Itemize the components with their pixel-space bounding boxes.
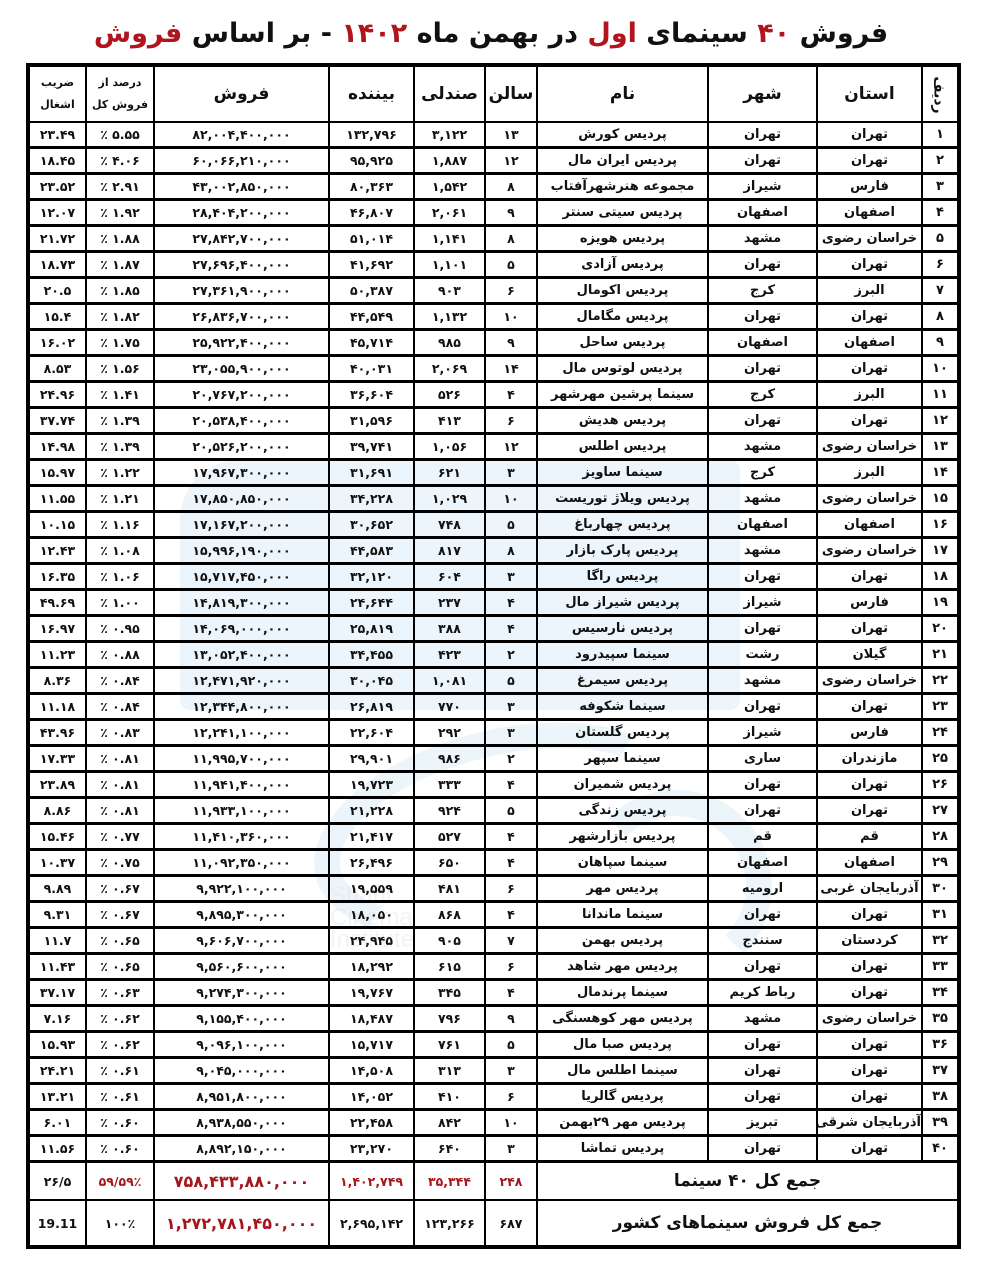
header-city: شهر (708, 65, 817, 122)
occupancy-cell: ۱۳.۲۱ (28, 1084, 86, 1110)
name-cell: پردیس مهر (537, 876, 708, 902)
sales-cell: ۱۷,۹۶۷,۳۰۰,۰۰۰ (154, 460, 329, 486)
seats-cell: ۶۲۱ (414, 460, 485, 486)
province-cell: تهران (817, 772, 922, 798)
rank-cell: ۱۶ (922, 512, 959, 538)
viewers-cell: ۲۴,۶۴۴ (329, 590, 414, 616)
city-cell: تهران (708, 304, 817, 330)
percent-cell: ۰.۶۵ ٪ (86, 928, 154, 954)
table-row: ۱۰تهرانتهرانپردیس لوتوس مال۱۴۲,۰۶۹۴۰,۰۳۱… (28, 356, 959, 382)
province-cell: آذربایجان شرقی (817, 1110, 922, 1136)
sales-cell: ۱۵,۷۱۷,۴۵۰,۰۰۰ (154, 564, 329, 590)
totals-top40-row: جمع کل ۴۰ سینما ۲۴۸ ۳۵,۳۴۴ ۱,۴۰۲,۷۴۹ ۷۵۸… (28, 1162, 959, 1201)
seats-cell: ۶۰۴ (414, 564, 485, 590)
city-cell: اصفهان (708, 512, 817, 538)
seats-cell: ۱,۱۰۱ (414, 252, 485, 278)
province-cell: تهران (817, 148, 922, 174)
title-count: ۴۰ (757, 18, 790, 49)
viewers-cell: ۱۹,۷۶۷ (329, 980, 414, 1006)
sales-cell: ۹,۱۵۵,۴۰۰,۰۰۰ (154, 1006, 329, 1032)
totals-country-percent: ۱۰۰٪ (86, 1200, 154, 1247)
occupancy-cell: ۱۱.۵۶ (28, 1136, 86, 1162)
sales-cell: ۱۱,۴۱۰,۳۶۰,۰۰۰ (154, 824, 329, 850)
name-cell: پردیس شیراز مال (537, 590, 708, 616)
table-row: ۳۴تهرانرباط کریمسینما پرندمال۴۳۴۵۱۹,۷۶۷۹… (28, 980, 959, 1006)
totals-country-viewers: ۲,۶۹۵,۱۴۲ (329, 1200, 414, 1247)
occupancy-cell: ۱۸.۴۵ (28, 148, 86, 174)
name-cell: سینما سپاهان (537, 850, 708, 876)
viewers-cell: ۳۶,۶۰۴ (329, 382, 414, 408)
occupancy-cell: ۲۳.۸۹ (28, 772, 86, 798)
halls-cell: ۳ (485, 720, 537, 746)
header-viewers: بیننده (329, 65, 414, 122)
percent-cell: ۱.۳۹ ٪ (86, 434, 154, 460)
table-row: ۶تهرانتهرانپردیس آزادی۵۱,۱۰۱۴۱,۶۹۲۲۷,۶۹۶… (28, 252, 959, 278)
percent-cell: ۱.۴۱ ٪ (86, 382, 154, 408)
percent-cell: ۰.۶۵ ٪ (86, 954, 154, 980)
percent-cell: ۰.۸۱ ٪ (86, 798, 154, 824)
city-cell: تهران (708, 1058, 817, 1084)
viewers-cell: ۲۳,۲۷۰ (329, 1136, 414, 1162)
title-highlight-first: اول (587, 18, 636, 49)
occupancy-cell: ۱۶.۹۷ (28, 616, 86, 642)
halls-cell: ۵ (485, 798, 537, 824)
percent-cell: ۱.۸۷ ٪ (86, 252, 154, 278)
name-cell: پردیس گلستان (537, 720, 708, 746)
page-title: فروش ۴۰ سینمای اول در بهمن ماه ۱۴۰۲ - بر… (0, 18, 982, 49)
occupancy-cell: ۱۰.۱۵ (28, 512, 86, 538)
name-cell: پردیس نارسیس (537, 616, 708, 642)
header-occupancy: ضریباشغال (28, 65, 86, 122)
seats-cell: ۲۳۷ (414, 590, 485, 616)
city-cell: مشهد (708, 538, 817, 564)
occupancy-cell: ۱۱.۵۵ (28, 486, 86, 512)
viewers-cell: ۵۱,۰۱۴ (329, 226, 414, 252)
viewers-cell: ۱۸,۴۸۷ (329, 1006, 414, 1032)
city-cell: تهران (708, 1084, 817, 1110)
title-text: در بهمن ماه (407, 18, 587, 49)
table-row: ۲۹اصفهاناصفهانسینما سپاهان۴۶۵۰۲۶,۴۹۶۱۱,۰… (28, 850, 959, 876)
header-percent: درصد ازفروش کل (86, 65, 154, 122)
halls-cell: ۶ (485, 408, 537, 434)
province-cell: کردستان (817, 928, 922, 954)
name-cell: پردیس کورش (537, 122, 708, 148)
city-cell: مشهد (708, 226, 817, 252)
header-name: نام (537, 65, 708, 122)
name-cell: پردیس بهمن (537, 928, 708, 954)
city-cell: شیراز (708, 174, 817, 200)
province-cell: خراسان رضوی (817, 486, 922, 512)
viewers-cell: ۸۰,۳۶۳ (329, 174, 414, 200)
province-cell: تهران (817, 902, 922, 928)
percent-cell: ۰.۸۴ ٪ (86, 668, 154, 694)
city-cell: تهران (708, 1136, 817, 1162)
sales-cell: ۹,۵۶۰,۶۰۰,۰۰۰ (154, 954, 329, 980)
totals-country-seats: ۱۲۳,۲۶۶ (414, 1200, 485, 1247)
table-row: ۳۹آذربایجان شرقیتبریزپردیس مهر ۲۹بهمن۱۰۸… (28, 1110, 959, 1136)
city-cell: ساری (708, 746, 817, 772)
seats-cell: ۹۸۶ (414, 746, 485, 772)
table-row: ۱۶اصفهاناصفهانپردیس چهارباغ۵۷۴۸۳۰,۶۵۲۱۷,… (28, 512, 959, 538)
province-cell: خراسان رضوی (817, 668, 922, 694)
seats-cell: ۷۴۸ (414, 512, 485, 538)
halls-cell: ۴ (485, 382, 537, 408)
sales-cell: ۹,۶۰۶,۷۰۰,۰۰۰ (154, 928, 329, 954)
sales-cell: ۱۱,۹۴۱,۴۰۰,۰۰۰ (154, 772, 329, 798)
rank-cell: ۲۰ (922, 616, 959, 642)
table-row: ۵خراسان رضویمشهدپردیس هویزه۸۱,۱۴۱۵۱,۰۱۴۲… (28, 226, 959, 252)
occupancy-cell: ۹.۳۱ (28, 902, 86, 928)
title-highlight-sales: فروش (94, 18, 183, 49)
halls-cell: ۱۴ (485, 356, 537, 382)
occupancy-cell: ۱۸.۷۳ (28, 252, 86, 278)
city-cell: تهران (708, 122, 817, 148)
rank-cell: ۷ (922, 278, 959, 304)
seats-cell: ۶۴۰ (414, 1136, 485, 1162)
rank-cell: ۱۲ (922, 408, 959, 434)
percent-cell: ۱.۲۱ ٪ (86, 486, 154, 512)
sales-cell: ۲۷,۳۶۱,۹۰۰,۰۰۰ (154, 278, 329, 304)
rank-cell: ۶ (922, 252, 959, 278)
sales-cell: ۲۳,۰۵۵,۹۰۰,۰۰۰ (154, 356, 329, 382)
sales-cell: ۸۲,۰۰۴,۴۰۰,۰۰۰ (154, 122, 329, 148)
seats-cell: ۳۳۳ (414, 772, 485, 798)
percent-cell: ۱.۰۸ ٪ (86, 538, 154, 564)
rank-cell: ۳۰ (922, 876, 959, 902)
rank-cell: ۱۷ (922, 538, 959, 564)
name-cell: سینما پرشین مهرشهر (537, 382, 708, 408)
province-cell: گیلان (817, 642, 922, 668)
occupancy-cell: ۴۹.۶۹ (28, 590, 86, 616)
rank-cell: ۱۹ (922, 590, 959, 616)
city-cell: تهران (708, 148, 817, 174)
name-cell: پردیس ویلاژ توریست (537, 486, 708, 512)
seats-cell: ۳۱۳ (414, 1058, 485, 1084)
table-row: ۱۴البرزکرجسینما ساویز۳۶۲۱۳۱,۶۹۱۱۷,۹۶۷,۳۰… (28, 460, 959, 486)
province-cell: مازندران (817, 746, 922, 772)
header-halls: سالن (485, 65, 537, 122)
occupancy-cell: ۲۱.۷۲ (28, 226, 86, 252)
city-cell: تهران (708, 902, 817, 928)
sales-cell: ۱۱,۰۹۲,۳۵۰,۰۰۰ (154, 850, 329, 876)
viewers-cell: ۲۶,۸۱۹ (329, 694, 414, 720)
rank-cell: ۱۳ (922, 434, 959, 460)
sales-cell: ۲۰,۵۳۸,۴۰۰,۰۰۰ (154, 408, 329, 434)
viewers-cell: ۲۲,۶۰۴ (329, 720, 414, 746)
viewers-cell: ۳۴,۲۲۸ (329, 486, 414, 512)
seats-cell: ۹۸۵ (414, 330, 485, 356)
rank-cell: ۱۱ (922, 382, 959, 408)
city-cell: تهران (708, 1032, 817, 1058)
name-cell: پردیس صبا مال (537, 1032, 708, 1058)
percent-cell: ۰.۶۲ ٪ (86, 1032, 154, 1058)
occupancy-cell: ۶.۰۱ (28, 1110, 86, 1136)
sales-table: ردیف استان شهر نام سالن صندلی بیننده فرو… (26, 63, 961, 1249)
title-year: ۱۴۰۲ (341, 18, 407, 49)
rank-cell: ۲۶ (922, 772, 959, 798)
title-text: فروش (790, 18, 888, 49)
name-cell: سینما پرندمال (537, 980, 708, 1006)
viewers-cell: ۲۱,۴۱۷ (329, 824, 414, 850)
halls-cell: ۴ (485, 824, 537, 850)
rank-cell: ۳۵ (922, 1006, 959, 1032)
province-cell: خراسان رضوی (817, 538, 922, 564)
viewers-cell: ۲۵,۸۱۹ (329, 616, 414, 642)
city-cell: کرج (708, 382, 817, 408)
province-cell: تهران (817, 122, 922, 148)
province-cell: تهران (817, 304, 922, 330)
table-row: ۴۰تهرانتهرانپردیس تماشا۳۶۴۰۲۳,۲۷۰۸,۸۹۲,۱… (28, 1136, 959, 1162)
percent-cell: ۰.۶۲ ٪ (86, 1006, 154, 1032)
name-cell: پردیس شمیران (537, 772, 708, 798)
city-cell: اصفهان (708, 850, 817, 876)
seats-cell: ۷۷۰ (414, 694, 485, 720)
percent-cell: ۰.۷۵ ٪ (86, 850, 154, 876)
province-cell: اصفهان (817, 330, 922, 356)
sales-cell: ۸,۸۹۲,۱۵۰,۰۰۰ (154, 1136, 329, 1162)
sales-cell: ۱۳,۰۵۲,۴۰۰,۰۰۰ (154, 642, 329, 668)
percent-cell: ۱.۲۲ ٪ (86, 460, 154, 486)
name-cell: سینما ماندانا (537, 902, 708, 928)
occupancy-cell: ۲۴.۲۱ (28, 1058, 86, 1084)
viewers-cell: ۱۵,۷۱۷ (329, 1032, 414, 1058)
province-cell: فارس (817, 174, 922, 200)
totals-country-label: جمع کل فروش سینماهای کشور (537, 1200, 959, 1247)
occupancy-cell: ۱۶.۳۵ (28, 564, 86, 590)
seats-cell: ۱,۵۴۲ (414, 174, 485, 200)
occupancy-cell: ۹.۸۹ (28, 876, 86, 902)
table-row: ۳۳تهرانتهرانپردیس مهر شاهد۶۶۱۵۱۸,۲۹۲۹,۵۶… (28, 954, 959, 980)
header-row: ردیف استان شهر نام سالن صندلی بیننده فرو… (28, 65, 959, 122)
rank-cell: ۲۷ (922, 798, 959, 824)
occupancy-cell: ۱۲.۴۳ (28, 538, 86, 564)
rank-cell: ۱ (922, 122, 959, 148)
halls-cell: ۳ (485, 564, 537, 590)
name-cell: پردیس لوتوس مال (537, 356, 708, 382)
percent-cell: ۱.۹۲ ٪ (86, 200, 154, 226)
city-cell: تهران (708, 252, 817, 278)
percent-cell: ۰.۹۵ ٪ (86, 616, 154, 642)
occupancy-cell: ۱۵.۴۶ (28, 824, 86, 850)
seats-cell: ۲,۰۶۱ (414, 200, 485, 226)
rank-cell: ۲۵ (922, 746, 959, 772)
city-cell: رشت (708, 642, 817, 668)
occupancy-cell: ۱۵.۹۳ (28, 1032, 86, 1058)
city-cell: اصفهان (708, 200, 817, 226)
province-cell: البرز (817, 382, 922, 408)
sales-cell: ۸,۹۵۱,۸۰۰,۰۰۰ (154, 1084, 329, 1110)
table-row: ۲۲خراسان رضویمشهدپردیس سیمرغ۵۱,۰۸۱۳۰,۰۴۵… (28, 668, 959, 694)
table-row: ۱۱البرزکرجسینما پرشین مهرشهر۴۵۲۶۳۶,۶۰۴۲۰… (28, 382, 959, 408)
halls-cell: ۳ (485, 1136, 537, 1162)
name-cell: پردیس هدیش (537, 408, 708, 434)
occupancy-cell: ۷.۱۶ (28, 1006, 86, 1032)
seats-cell: ۴۸۱ (414, 876, 485, 902)
city-cell: تهران (708, 356, 817, 382)
seats-cell: ۱,۱۳۲ (414, 304, 485, 330)
table-row: ۳۵خراسان رضویمشهدپردیس مهر کوهسنگی۹۷۹۶۱۸… (28, 1006, 959, 1032)
rank-cell: ۳۷ (922, 1058, 959, 1084)
rank-cell: ۱۸ (922, 564, 959, 590)
name-cell: پردیس ایران مال (537, 148, 708, 174)
name-cell: پردیس ساحل (537, 330, 708, 356)
totals-top40-label: جمع کل ۴۰ سینما (537, 1162, 959, 1201)
city-cell: کرج (708, 278, 817, 304)
name-cell: پردیس بازارشهر (537, 824, 708, 850)
sales-cell: ۴۳,۰۰۲,۸۵۰,۰۰۰ (154, 174, 329, 200)
halls-cell: ۴ (485, 616, 537, 642)
sales-cell: ۲۵,۹۲۲,۴۰۰,۰۰۰ (154, 330, 329, 356)
viewers-cell: ۱۴,۵۰۸ (329, 1058, 414, 1084)
percent-cell: ۰.۶۱ ٪ (86, 1084, 154, 1110)
seats-cell: ۲,۰۶۹ (414, 356, 485, 382)
table-row: ۸تهرانتهرانپردیس مگامال۱۰۱,۱۳۲۴۴,۵۴۹۲۶,۸… (28, 304, 959, 330)
city-cell: مشهد (708, 1006, 817, 1032)
name-cell: پردیس چهارباغ (537, 512, 708, 538)
occupancy-cell: ۳۷.۷۴ (28, 408, 86, 434)
seats-cell: ۵۲۶ (414, 382, 485, 408)
halls-cell: ۱۰ (485, 1110, 537, 1136)
seats-cell: ۷۹۶ (414, 1006, 485, 1032)
province-cell: اصفهان (817, 850, 922, 876)
percent-cell: ۱.۵۶ ٪ (86, 356, 154, 382)
seats-cell: ۳۴۵ (414, 980, 485, 1006)
header-seats: صندلی (414, 65, 485, 122)
rank-cell: ۳۴ (922, 980, 959, 1006)
province-cell: تهران (817, 1084, 922, 1110)
table-row: ۴اصفهاناصفهانپردیس سیتی سنتر۹۲,۰۶۱۴۶,۸۰۷… (28, 200, 959, 226)
viewers-cell: ۲۲,۴۵۸ (329, 1110, 414, 1136)
city-cell: تهران (708, 694, 817, 720)
seats-cell: ۳,۱۲۲ (414, 122, 485, 148)
province-cell: البرز (817, 278, 922, 304)
province-cell: تهران (817, 252, 922, 278)
occupancy-cell: ۴۳.۹۶ (28, 720, 86, 746)
table-row: ۳۷تهرانتهرانسینما اطلس مال۳۳۱۳۱۴,۵۰۸۹,۰۴… (28, 1058, 959, 1084)
occupancy-cell: ۱۵.۹۷ (28, 460, 86, 486)
rank-cell: ۸ (922, 304, 959, 330)
table-row: ۷البرزکرجپردیس اکومال۶۹۰۳۵۰,۳۸۷۲۷,۳۶۱,۹۰… (28, 278, 959, 304)
halls-cell: ۱۲ (485, 434, 537, 460)
sales-cell: ۹,۲۷۴,۳۰۰,۰۰۰ (154, 980, 329, 1006)
occupancy-cell: ۱۱.۱۸ (28, 694, 86, 720)
province-cell: تهران (817, 616, 922, 642)
totals-country-occupancy: 19.11 (28, 1200, 86, 1247)
name-cell: پردیس اکومال (537, 278, 708, 304)
occupancy-cell: ۸.۳۶ (28, 668, 86, 694)
province-cell: اصفهان (817, 512, 922, 538)
sales-cell: ۱۷,۸۵۰,۸۵۰,۰۰۰ (154, 486, 329, 512)
halls-cell: ۳ (485, 460, 537, 486)
table-row: ۲۷تهرانتهرانپردیس زندگی۵۹۲۴۲۱,۲۲۸۱۱,۹۳۳,… (28, 798, 959, 824)
halls-cell: ۶ (485, 954, 537, 980)
seats-cell: ۳۸۸ (414, 616, 485, 642)
rank-cell: ۱۴ (922, 460, 959, 486)
city-cell: مشهد (708, 434, 817, 460)
occupancy-cell: ۲۳.۴۹ (28, 122, 86, 148)
rank-cell: ۳۹ (922, 1110, 959, 1136)
province-cell: خراسان رضوی (817, 1006, 922, 1032)
viewers-cell: ۱۸,۰۵۰ (329, 902, 414, 928)
percent-cell: ۱.۷۵ ٪ (86, 330, 154, 356)
occupancy-cell: ۱۴.۹۸ (28, 434, 86, 460)
rank-cell: ۳۶ (922, 1032, 959, 1058)
occupancy-cell: ۸.۸۶ (28, 798, 86, 824)
table-body: ۱تهرانتهرانپردیس کورش۱۳۳,۱۲۲۱۳۲,۷۹۶۸۲,۰۰… (28, 122, 959, 1247)
viewers-cell: ۴۰,۰۳۱ (329, 356, 414, 382)
seats-cell: ۱,۰۲۹ (414, 486, 485, 512)
table-row: ۳۲کردستانسنندجپردیس بهمن۷۹۰۵۲۴,۹۴۵۹,۶۰۶,… (28, 928, 959, 954)
name-cell: مجموعه هنرشهرآفتاب (537, 174, 708, 200)
halls-cell: ۶ (485, 876, 537, 902)
table-row: ۱۳خراسان رضویمشهدپردیس اطلس۱۲۱,۰۵۶۳۹,۷۴۱… (28, 434, 959, 460)
province-cell: آذربایجان غربی (817, 876, 922, 902)
viewers-cell: ۱۸,۲۹۲ (329, 954, 414, 980)
name-cell: پردیس اطلس (537, 434, 708, 460)
percent-cell: ۰.۶۳ ٪ (86, 980, 154, 1006)
city-cell: سنندج (708, 928, 817, 954)
rank-cell: ۲۲ (922, 668, 959, 694)
percent-cell: ۰.۷۷ ٪ (86, 824, 154, 850)
rank-cell: ۱۵ (922, 486, 959, 512)
percent-cell: ۱.۸۸ ٪ (86, 226, 154, 252)
rank-cell: ۲۸ (922, 824, 959, 850)
city-cell: تهران (708, 616, 817, 642)
sales-cell: ۹,۸۹۵,۳۰۰,۰۰۰ (154, 902, 329, 928)
table-row: ۳۱تهرانتهرانسینما ماندانا۴۸۶۸۱۸,۰۵۰۹,۸۹۵… (28, 902, 959, 928)
seats-cell: ۸۱۷ (414, 538, 485, 564)
seats-cell: ۱,۱۴۱ (414, 226, 485, 252)
sales-cell: ۱۵,۹۹۶,۱۹۰,۰۰۰ (154, 538, 329, 564)
table-row: ۱۵خراسان رضویمشهدپردیس ویلاژ توریست۱۰۱,۰… (28, 486, 959, 512)
occupancy-cell: ۱۲.۰۷ (28, 200, 86, 226)
halls-cell: ۴ (485, 850, 537, 876)
province-cell: تهران (817, 1032, 922, 1058)
name-cell: پردیس مهر شاهد (537, 954, 708, 980)
seats-cell: ۱,۰۵۶ (414, 434, 485, 460)
percent-cell: ۱.۸۲ ٪ (86, 304, 154, 330)
seats-cell: ۴۲۳ (414, 642, 485, 668)
province-cell: تهران (817, 564, 922, 590)
seats-cell: ۸۴۲ (414, 1110, 485, 1136)
title-text: سینمای (637, 18, 757, 49)
table-row: ۱تهرانتهرانپردیس کورش۱۳۳,۱۲۲۱۳۲,۷۹۶۸۲,۰۰… (28, 122, 959, 148)
sales-cell: ۶۰,۰۶۶,۲۱۰,۰۰۰ (154, 148, 329, 174)
seats-cell: ۲۹۲ (414, 720, 485, 746)
seats-cell: ۷۶۱ (414, 1032, 485, 1058)
name-cell: پردیس مهر ۲۹بهمن (537, 1110, 708, 1136)
sales-cell: ۱۲,۲۴۱,۱۰۰,۰۰۰ (154, 720, 329, 746)
rank-cell: ۱۰ (922, 356, 959, 382)
halls-cell: ۶ (485, 278, 537, 304)
occupancy-cell: ۲۴.۹۶ (28, 382, 86, 408)
totals-country-row: جمع کل فروش سینماهای کشور ۶۸۷ ۱۲۳,۲۶۶ ۲,… (28, 1200, 959, 1247)
viewers-cell: ۱۳۲,۷۹۶ (329, 122, 414, 148)
province-cell: تهران (817, 954, 922, 980)
city-cell: شیراز (708, 590, 817, 616)
occupancy-cell: ۱۱.۲۳ (28, 642, 86, 668)
city-cell: تبریز (708, 1110, 817, 1136)
table-row: ۱۸تهرانتهرانپردیس راگا۳۶۰۴۳۲,۱۲۰۱۵,۷۱۷,۴… (28, 564, 959, 590)
halls-cell: ۸ (485, 538, 537, 564)
table-row: ۳۰آذربایجان غربیارومیهپردیس مهر۶۴۸۱۱۹,۵۵… (28, 876, 959, 902)
sales-cell: ۱۱,۹۳۳,۱۰۰,۰۰۰ (154, 798, 329, 824)
percent-cell: ۵.۵۵ ٪ (86, 122, 154, 148)
percent-cell: ۰.۸۱ ٪ (86, 772, 154, 798)
halls-cell: ۵ (485, 668, 537, 694)
halls-cell: ۵ (485, 512, 537, 538)
rank-cell: ۹ (922, 330, 959, 356)
